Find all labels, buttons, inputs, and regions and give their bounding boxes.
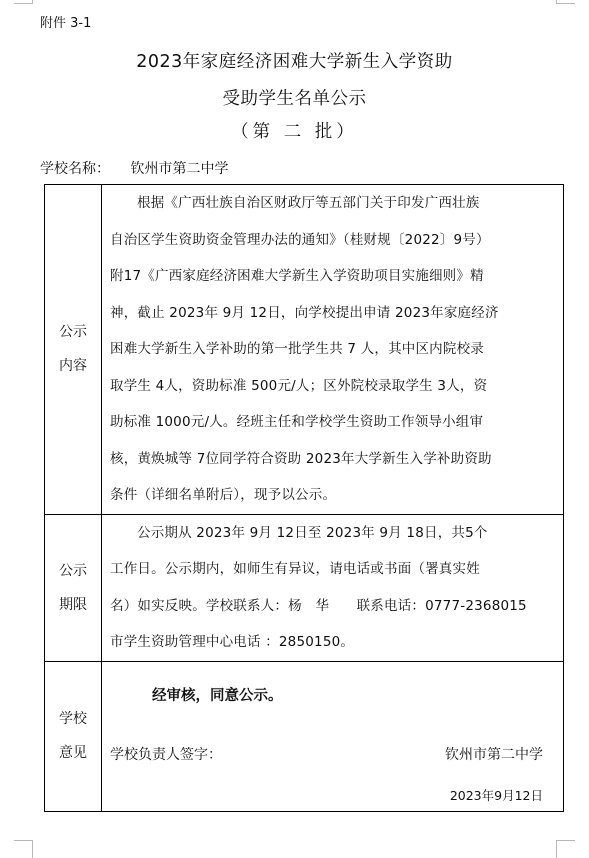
document-title-batch: （第 二 批） — [0, 118, 589, 143]
signer-label: 学校负责人签字： — [110, 744, 222, 764]
row-label-notice-content: 公示 内容 — [45, 185, 102, 515]
school-name-value: 钦州市第二中学 — [130, 161, 228, 177]
content-line: 公示期从 2023年 9月 12日至 2023年 9月 18日，共5个 — [110, 515, 557, 552]
content-line: 条件（详细名单附后），现予以公示。 — [110, 477, 557, 514]
content-line: 核，黄焕城等 7位同学符合资助 2023年大学新生入学补助资助 — [110, 441, 557, 478]
label-line: 期限 — [45, 588, 101, 622]
signature-date: 2023年9月12日 — [450, 786, 543, 804]
crop-mark-bottom-left — [14, 840, 33, 858]
content-line: 取学生 4人，资助标准 500元/人；区外院校录取学生 3人，资 — [110, 368, 557, 405]
document-title-line-2: 受助学生名单公示 — [0, 85, 589, 110]
content-line: 自治区学生资助资金管理办法的通知》（桂财规〔2022〕9号） — [110, 222, 557, 259]
label-line: 意见 — [45, 736, 101, 770]
crop-mark-bottom-right — [556, 840, 575, 858]
table-row-school-opinion: 学校 意见 经审核，同意公示。 学校负责人签字： 钦州市第二中学 2023年9月… — [45, 661, 564, 811]
content-line: 助标准 1000元/人。经班主任和学校学生资助工作领导小组审 — [110, 404, 557, 441]
content-line: 神，截止 2023年 9月 12日，向学校提出申请 2023年家庭经济 — [110, 295, 557, 332]
school-name-label: 学校名称： — [40, 161, 110, 177]
label-line: 学校 — [45, 702, 101, 736]
content-line: 市学生资助管理中心电话 ：2850150。 — [110, 624, 557, 661]
table-row-notice-period: 公示 期限 公示期从 2023年 9月 12日至 2023年 9月 18日，共5… — [45, 514, 564, 661]
content-line: 附17《广西家庭经济困难大学新生入学资助项目实施细则》精 — [110, 258, 557, 295]
label-line: 内容 — [45, 349, 101, 383]
content-line: 名）如实反映。学校联系人：杨 华 联系电话：0777-2368015 — [110, 588, 557, 625]
signature-school-name: 钦州市第二中学 — [445, 744, 543, 764]
crop-mark-top-right — [556, 0, 575, 4]
school-name-line: 学校名称： 钦州市第二中学 — [40, 158, 228, 178]
label-line: 公示 — [45, 315, 101, 349]
row-label-school-opinion: 学校 意见 — [45, 661, 102, 811]
crop-mark-top-left — [14, 0, 33, 4]
content-line: 困难大学新生入学补助的第一批学生共 7 人，其中区内院校录 — [110, 331, 557, 368]
document-title-line-1: 2023年家庭经济困难大学新生入学资助 — [0, 48, 589, 73]
notice-table: 公示 内容 根据《广西壮族自治区财政厅等五部门关于印发广西壮族 自治区学生资助资… — [44, 184, 564, 812]
notice-content-text: 根据《广西壮族自治区财政厅等五部门关于印发广西壮族 自治区学生资助资金管理办法的… — [102, 185, 564, 515]
attachment-label: 附件 3-1 — [40, 12, 91, 31]
approval-statement: 经审核，同意公示。 — [152, 684, 283, 705]
content-line: 根据《广西壮族自治区财政厅等五部门关于印发广西壮族 — [110, 185, 557, 222]
label-line: 公示 — [45, 554, 101, 588]
content-line: 工作日。公示期内，如师生有异议，请电话或书面（署真实姓 — [110, 551, 557, 588]
row-label-notice-period: 公示 期限 — [45, 514, 102, 661]
notice-period-text: 公示期从 2023年 9月 12日至 2023年 9月 18日，共5个 工作日。… — [102, 514, 564, 661]
table-row-notice-content: 公示 内容 根据《广西壮族自治区财政厅等五部门关于印发广西壮族 自治区学生资助资… — [45, 185, 564, 515]
school-opinion-cell: 经审核，同意公示。 学校负责人签字： 钦州市第二中学 2023年9月12日 — [102, 661, 564, 811]
